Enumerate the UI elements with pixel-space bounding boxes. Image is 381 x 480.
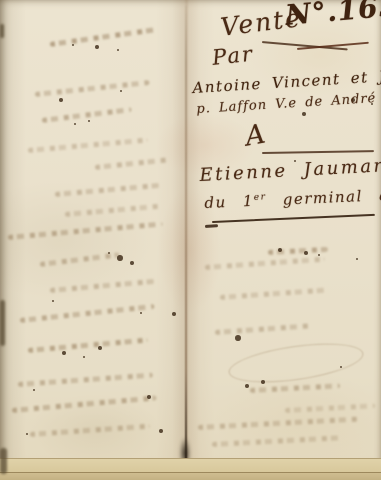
doc-number: N°.165 [284,0,381,32]
bleed-through-loop [226,337,365,390]
bleed-through-line [220,287,330,300]
manuscript-scan: Vente N°.165 Par Antoine Vincent et Jean… [0,0,381,480]
bleed-through-line [50,27,160,47]
bleed-through-line [50,279,155,293]
preposition-par: Par [211,42,255,70]
bleed-through-line [250,383,340,393]
date-underline-dash [205,224,218,228]
bleed-through-line [205,257,325,270]
grantee-name: Etienne Jaumarin [199,154,381,186]
bleed-through-line [20,304,155,323]
torn-edge-mark [0,24,4,38]
bleed-through-line [285,403,375,413]
bleed-through-line [212,435,342,447]
center-fold-shading [172,0,200,480]
date-suffix: germinal an 10 [266,184,381,210]
bleed-through-line [8,222,163,240]
bleed-through-line [28,138,148,153]
bleed-through-line [12,395,157,413]
bleed-through-line [55,183,160,197]
conjunction-a: A [243,119,268,153]
underlying-page-strip [0,458,381,472]
bleed-through-line [215,323,310,335]
bleed-through-line [268,247,328,255]
bleed-through-line [65,204,160,217]
fold-ink-smudge [177,428,193,474]
bleed-through-line [35,80,150,97]
date-line: du 1er germinal an 10 [204,184,381,212]
date-ordinal: er [254,192,267,203]
left-page [0,0,186,480]
scan-bottom-edge [0,472,381,480]
torn-edge-mark [0,300,5,346]
bleed-through-line [95,157,170,170]
conjunction-rule [262,150,374,154]
torn-edge-mark [0,448,7,474]
bleed-through-line [18,373,153,387]
bleed-through-line [42,107,132,123]
bleed-through-line [198,417,358,430]
bleed-through-line [28,338,148,353]
center-fold-line [185,6,187,474]
title-tail-stroke [262,41,348,50]
doc-number-underline [297,42,369,50]
ink-specks [0,0,2,2]
bleed-through-line [40,252,120,267]
date-underline [212,214,375,223]
date-prefix: du 1 [204,192,254,212]
bleed-through-line [30,424,150,437]
